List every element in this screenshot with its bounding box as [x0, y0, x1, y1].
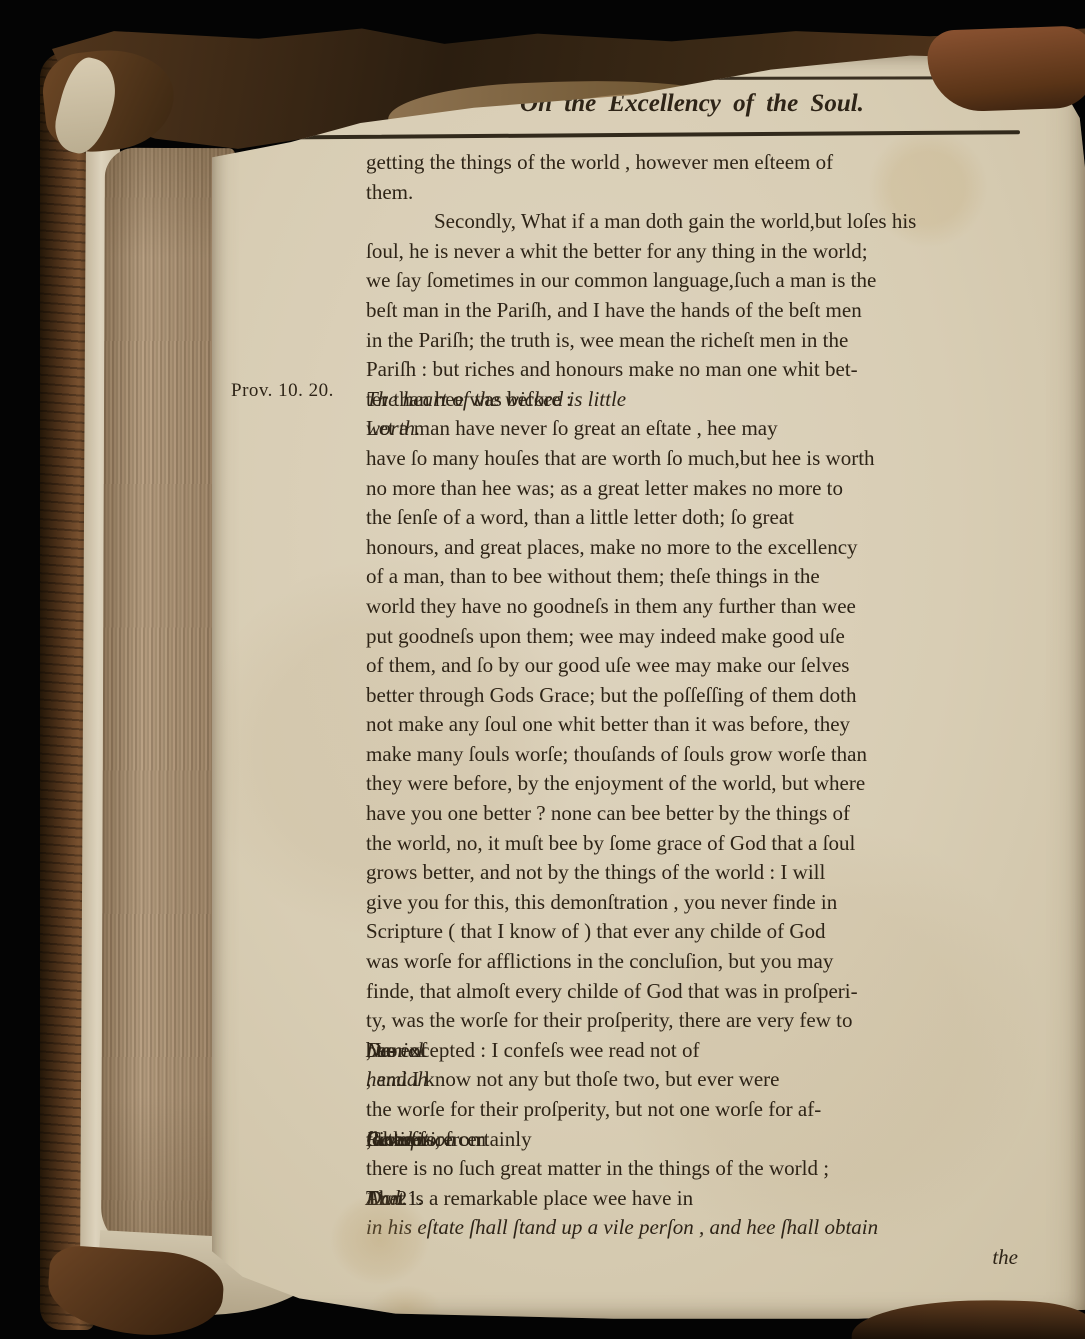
roman-text: the worſe for their proſperity, but not … — [366, 1095, 821, 1125]
roman-text: not make any ſoul one whit better than i… — [366, 710, 850, 740]
roman-text: make many ſouls worſe; thouſands of ſoul… — [366, 740, 867, 770]
text-line: ter than hee was before : The heart of t… — [366, 385, 1018, 415]
header-rule-bottom — [230, 130, 1020, 140]
text-line: have ſo many houſes that are worth ſo mu… — [366, 444, 1018, 474]
roman-text: honours, and great places, make no more … — [366, 533, 858, 563]
text-line: of a man, than to bee without them; theſ… — [366, 562, 1018, 592]
text-line: in the Pariſh; the truth is, wee mean th… — [366, 326, 1018, 356]
text-line: ſoul, he is never a whit the better for … — [366, 237, 1018, 267]
roman-text: ſoul, he is never a whit the better for … — [366, 237, 868, 267]
book-page: 346 On the Excellency of the Soul. Prov.… — [212, 48, 1085, 1320]
text-line: world they have no goodneſs in them any … — [366, 592, 1018, 622]
body-text: getting the things of the world , howeve… — [366, 148, 1018, 1273]
text-line: Scripture ( that I know of ) that ever a… — [366, 917, 1018, 947]
roman-text: of them, and ſo by our good uſe wee may … — [366, 651, 849, 681]
roman-text: them. — [366, 178, 413, 208]
roman-text: there is no ſuch great matter in the thi… — [366, 1154, 829, 1184]
text-line: hemiah, and I know not any but thoſe two… — [366, 1065, 1018, 1095]
roman-text: in the Pariſh; the truth is, wee mean th… — [366, 326, 848, 356]
text-line: Secondly, What if a man doth gain the wo… — [366, 207, 1018, 237]
photo-background: 346 On the Excellency of the Soul. Prov.… — [0, 0, 1085, 1339]
roman-text: of a man, than to bee without them; theſ… — [366, 562, 820, 592]
text-line: no more than hee was; as a great letter … — [366, 474, 1018, 504]
roman-text: put goodneſs upon them; wee may indeed m… — [366, 622, 845, 652]
text-line: the worſe for their proſperity, but not … — [366, 1095, 1018, 1125]
roman-text: was worſe for afflictions in the concluſ… — [366, 947, 833, 977]
italic-text: Ne- — [366, 1036, 396, 1066]
text-line: getting the things of the world , howeve… — [366, 148, 1018, 178]
text-line: them. — [366, 178, 1018, 208]
roman-text: , and I know not any but thoſe two, but … — [366, 1065, 779, 1095]
roman-text: better through Gods Grace; but the poſſe… — [366, 681, 856, 711]
text-line: the world, no, it muſt bee by ſome grace… — [366, 829, 1018, 859]
text-line: we ſay ſometimes in our common language,… — [366, 266, 1018, 296]
roman-text: grows better, and not by the things of t… — [366, 858, 825, 888]
text-line: That is a remarkable place wee have in D… — [366, 1184, 1018, 1214]
roman-text: the world, no, it muſt bee by ſome grace… — [366, 829, 855, 859]
roman-text: ty, was the worſe for their proſperity, … — [366, 1006, 853, 1036]
text-line: give you for this, this demonſtration , … — [366, 888, 1018, 918]
text-line: put goodneſs upon them; wee may indeed m… — [366, 622, 1018, 652]
text-line: grows better, and not by the things of t… — [366, 858, 1018, 888]
paper-stain — [358, 1278, 453, 1336]
roman-text: we ſay ſometimes in our common language,… — [366, 266, 876, 296]
text-line: finde, that almoſt every childe of God t… — [366, 977, 1018, 1007]
text-line: have you one better ? none can bee bette… — [366, 799, 1018, 829]
roman-text: finde, that almoſt every childe of God t… — [366, 977, 858, 1007]
text-line: Pariſh : but riches and honours make no … — [366, 355, 1018, 385]
roman-text: ; therefore certainly — [366, 1125, 532, 1155]
text-line: was worſe for afflictions in the concluſ… — [366, 947, 1018, 977]
roman-text: they were before, by the enjoyment of th… — [366, 769, 865, 799]
roman-text: Let a man have never ſo great an eſtate … — [366, 414, 778, 444]
text-line: of them, and ſo by our good uſe wee may … — [366, 651, 1018, 681]
roman-text: getting the things of the world , howeve… — [366, 148, 833, 178]
text-line: better through Gods Grace; but the poſſe… — [366, 681, 1018, 711]
italic-text: The heart of the wicked is little — [366, 385, 626, 415]
text-line: there is no ſuch great matter in the thi… — [366, 1154, 1018, 1184]
roman-text: Secondly, What if a man doth gain the wo… — [400, 207, 916, 237]
roman-text: the ſenſe of a word, than a little lette… — [366, 503, 794, 533]
roman-text: beſt man in the Pariſh, and I have the h… — [366, 296, 862, 326]
text-line: worth. Let a man have never ſo great an … — [366, 414, 1018, 444]
text-line: make many ſouls worſe; thouſands of ſoul… — [366, 740, 1018, 770]
catchword: the — [366, 1243, 1018, 1273]
roman-text: no more than hee was; as a great letter … — [366, 474, 843, 504]
margin-note-scripture-ref: Prov. 10. 20. — [231, 380, 371, 402]
text-line: beſt man in the Pariſh, and I have the h… — [366, 296, 1018, 326]
text-line: honours, and great places, make no more … — [366, 533, 1018, 563]
text-line: in his eſtate ſhall ſtand up a vile perſ… — [366, 1213, 1018, 1243]
roman-text: Pariſh : but riches and honours make no … — [366, 355, 858, 385]
roman-text: world they have no goodneſs in them any … — [366, 592, 856, 622]
text-line: ty, was the worſe for their proſperity, … — [366, 1006, 1018, 1036]
text-line: the ſenſe of a word, than a little lette… — [366, 503, 1018, 533]
text-line: bee excepted : I confeſs wee read not of… — [366, 1036, 1018, 1066]
roman-text: have you one better ? none can bee bette… — [366, 799, 850, 829]
leather-spine-roll — [927, 25, 1085, 113]
roman-text: have ſo many houſes that are worth ſo mu… — [366, 444, 875, 474]
roman-text: give you for this, this demonſtration , … — [366, 888, 837, 918]
text-line: flictions, from Geneſis to the Revelatio… — [366, 1125, 1018, 1155]
text-line: not make any ſoul one whit better than i… — [366, 710, 1018, 740]
text-line: they were before, by the enjoyment of th… — [366, 769, 1018, 799]
roman-text: Scripture ( that I know of ) that ever a… — [366, 917, 826, 947]
